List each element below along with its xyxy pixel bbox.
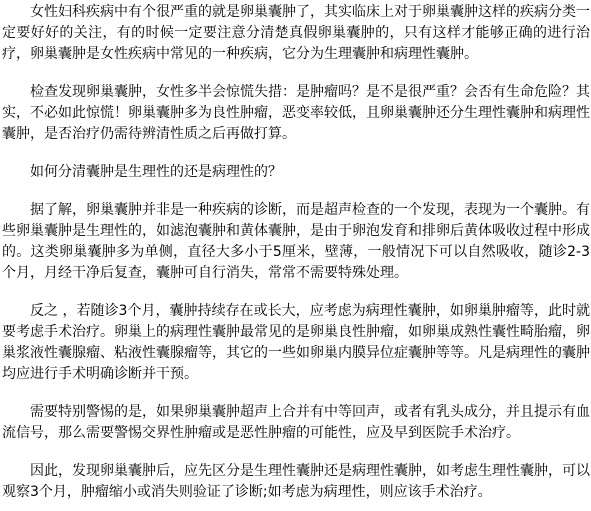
paragraph-conclusion: 因此，发现卵巢囊肿后，应先区分是生理性囊肿还是病理性囊肿，如考虑生理性囊肿，可以… xyxy=(2,461,590,503)
paragraph-physiological-cyst: 据了解，卵巢囊肿并非是一种疾病的诊断，而是超声检查的一个发现，表现为一个囊肿。有… xyxy=(2,200,590,284)
paragraph-intro: 女性妇科疾病中有个很严重的就是卵巢囊肿了，其实临床上对于卵巢囊肿这样的疾病分类一… xyxy=(2,2,590,65)
paragraph-warning: 需要特别警惕的是，如果卵巢囊肿超声上合并有中等回声，或者有乳头成分，并且提示有血… xyxy=(2,402,590,444)
paragraph-reassurance: 检查发现卵巢囊肿，女性多半会惊慌失措：是肿瘤吗？是不是很严重？会否有生命危险？其… xyxy=(2,82,590,145)
question-line: 如何分清囊肿是生理性的还是病理性的？ xyxy=(2,162,590,183)
paragraph-pathological-cyst: 反之 ，若随诊3个月，囊肿持续存在或长大，应考虑为病理性囊肿，如卵巢肿瘤等，此时… xyxy=(2,301,590,385)
article-body: 女性妇科疾病中有个很严重的就是卵巢囊肿了，其实临床上对于卵巢囊肿这样的疾病分类一… xyxy=(0,0,591,511)
